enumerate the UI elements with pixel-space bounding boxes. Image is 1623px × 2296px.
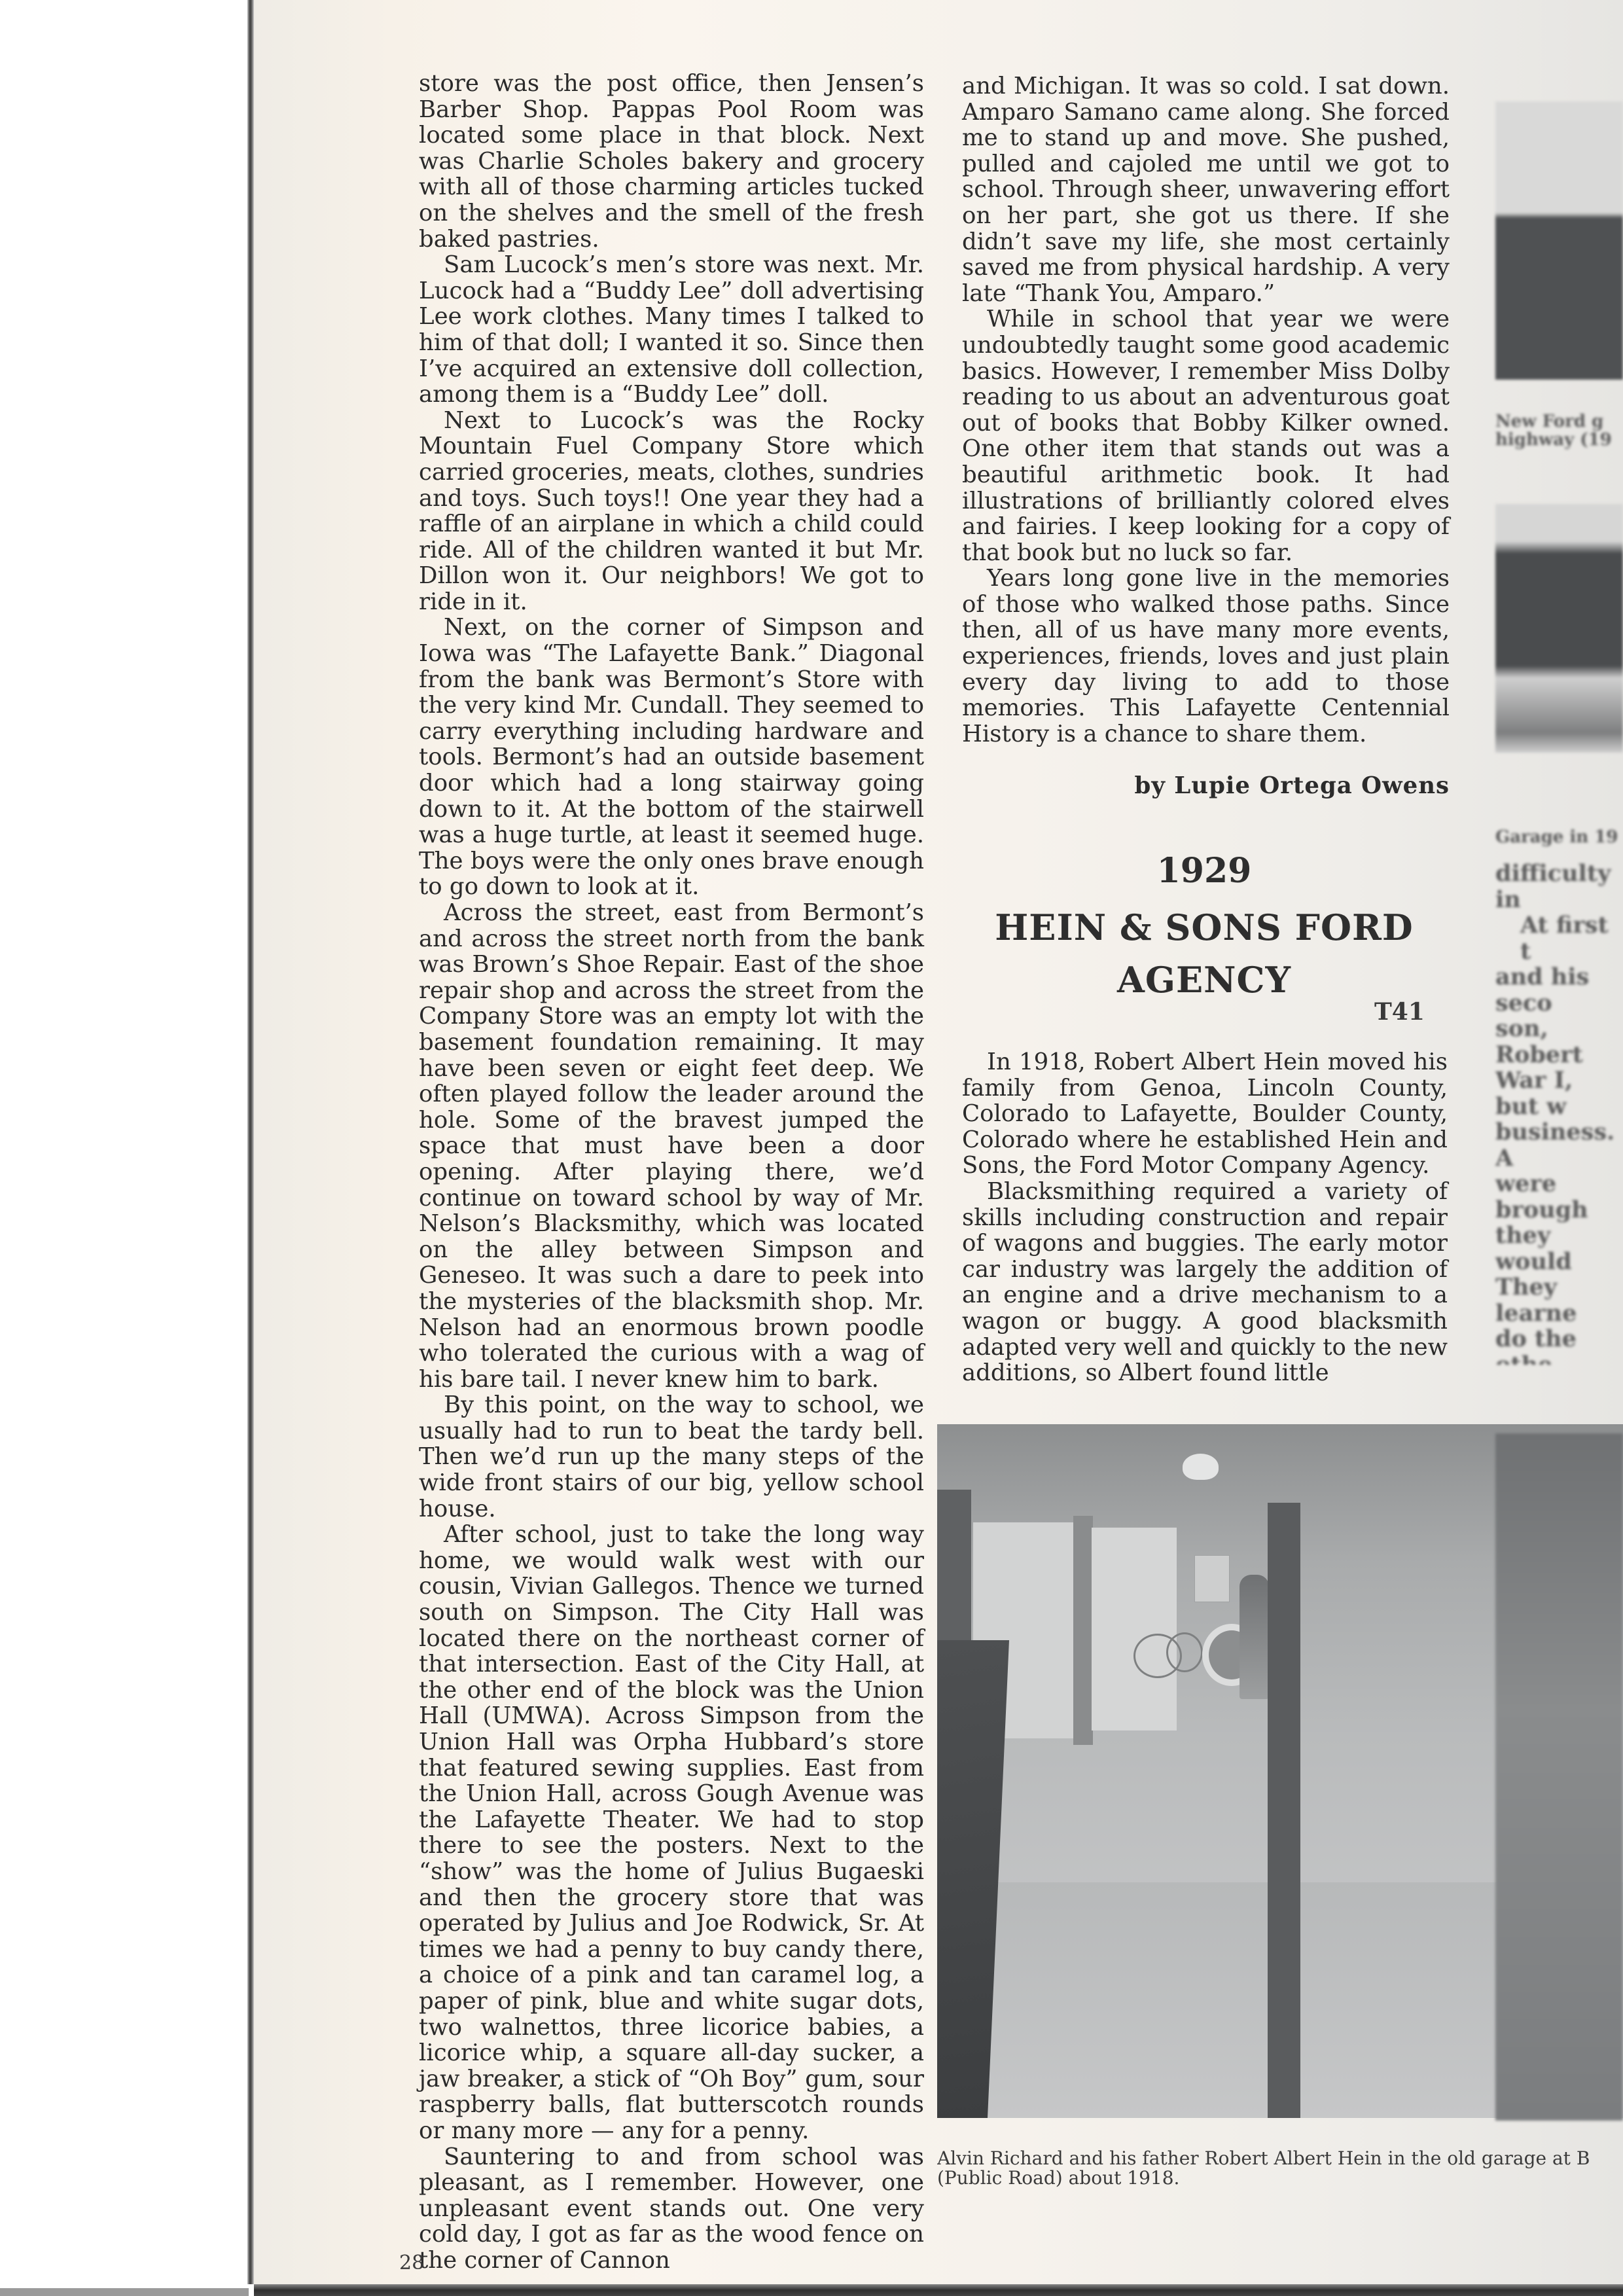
text-line: War I, but w xyxy=(1495,1067,1623,1119)
text-line: were brough xyxy=(1495,1171,1623,1223)
caption-text: New Ford g xyxy=(1495,412,1623,431)
article-column-2: and Michigan. It was so cold. I sat down… xyxy=(962,73,1450,799)
photo-right-wall xyxy=(1268,1503,1300,2118)
paragraph: Sam Lucock’s men’s store was next. Mr. L… xyxy=(419,252,924,408)
scanner-bottom-edge xyxy=(0,2288,249,2296)
partial-text-column: difficulty in At first t and his seco so… xyxy=(1495,861,1623,1365)
partial-photo-ford-garage xyxy=(1495,101,1623,380)
partial-photo-edge xyxy=(1495,1433,1623,2121)
text-line: They learne xyxy=(1495,1274,1623,1326)
photo-window-right xyxy=(1092,1528,1177,1731)
paragraph: By this point, on the way to school, we … xyxy=(419,1392,924,1522)
paragraph: After school, just to take the long way … xyxy=(419,1522,924,2144)
paragraph: Years long gone live in the memories of … xyxy=(962,565,1450,747)
partial-caption-2: Garage in 19 xyxy=(1495,828,1623,846)
photo-caption: Alvin Richard and his father Robert Albe… xyxy=(937,2149,1623,2188)
article2-body: In 1918, Robert Albert Hein moved his fa… xyxy=(962,1049,1448,1386)
caption-text: highway (19 xyxy=(1495,431,1623,449)
text-line: do the othe xyxy=(1495,1326,1623,1365)
photo-pillar xyxy=(1073,1516,1093,1745)
text-line: business. A xyxy=(1495,1119,1623,1171)
caption-line-2: (Public Road) about 1918. xyxy=(937,2168,1623,2188)
author-byline: by Lupie Ortega Owens xyxy=(962,773,1450,799)
partial-caption-1: New Ford g highway (19 xyxy=(1495,412,1623,449)
scanner-background xyxy=(0,0,249,2296)
article-title-line-2: AGENCY xyxy=(949,959,1459,1001)
caption-line-1: Alvin Richard and his father Robert Albe… xyxy=(937,2149,1623,2168)
paragraph: Next to Lucock’s was the Rocky Mountain … xyxy=(419,408,924,615)
page-binding-edge xyxy=(247,0,254,2284)
photo-wall-poster xyxy=(1194,1555,1230,1602)
paragraph: In 1918, Robert Albert Hein moved his fa… xyxy=(962,1049,1448,1179)
text-line: and his seco xyxy=(1495,964,1623,1016)
photo-standing-man xyxy=(1240,1575,1269,1699)
text-line: son, Robert xyxy=(1495,1016,1623,1067)
page-number: 28 xyxy=(399,2251,424,2274)
article-column-1: store was the post office, then Jensen’s… xyxy=(419,71,924,2273)
page-bottom-edge xyxy=(254,2284,1623,2296)
paragraph: store was the post office, then Jensen’s… xyxy=(419,71,924,252)
photo-ceiling-lamp xyxy=(1183,1454,1219,1480)
article-year-heading: 1929 xyxy=(949,851,1459,891)
paragraph: Across the street, east from Bermont’s a… xyxy=(419,900,924,1392)
paragraph: and Michigan. It was so cold. I sat down… xyxy=(962,73,1450,306)
article-title-line-1: HEIN & SONS FORD xyxy=(949,906,1459,948)
paragraph: Next, on the corner of Simpson and Iowa … xyxy=(419,615,924,900)
paragraph: While in school that year we were undoub… xyxy=(962,306,1450,565)
paragraph: Sauntering to and from school was pleasa… xyxy=(419,2144,924,2274)
article-code: T41 xyxy=(1374,998,1425,1026)
paragraph: Blacksmithing required a variety of skil… xyxy=(962,1179,1448,1386)
text-line: difficulty in xyxy=(1495,861,1623,912)
text-line: At first t xyxy=(1495,912,1623,964)
partial-photo-garage xyxy=(1495,504,1623,753)
photo-wagon-wheel xyxy=(1166,1632,1203,1672)
text-line: they would xyxy=(1495,1223,1623,1274)
